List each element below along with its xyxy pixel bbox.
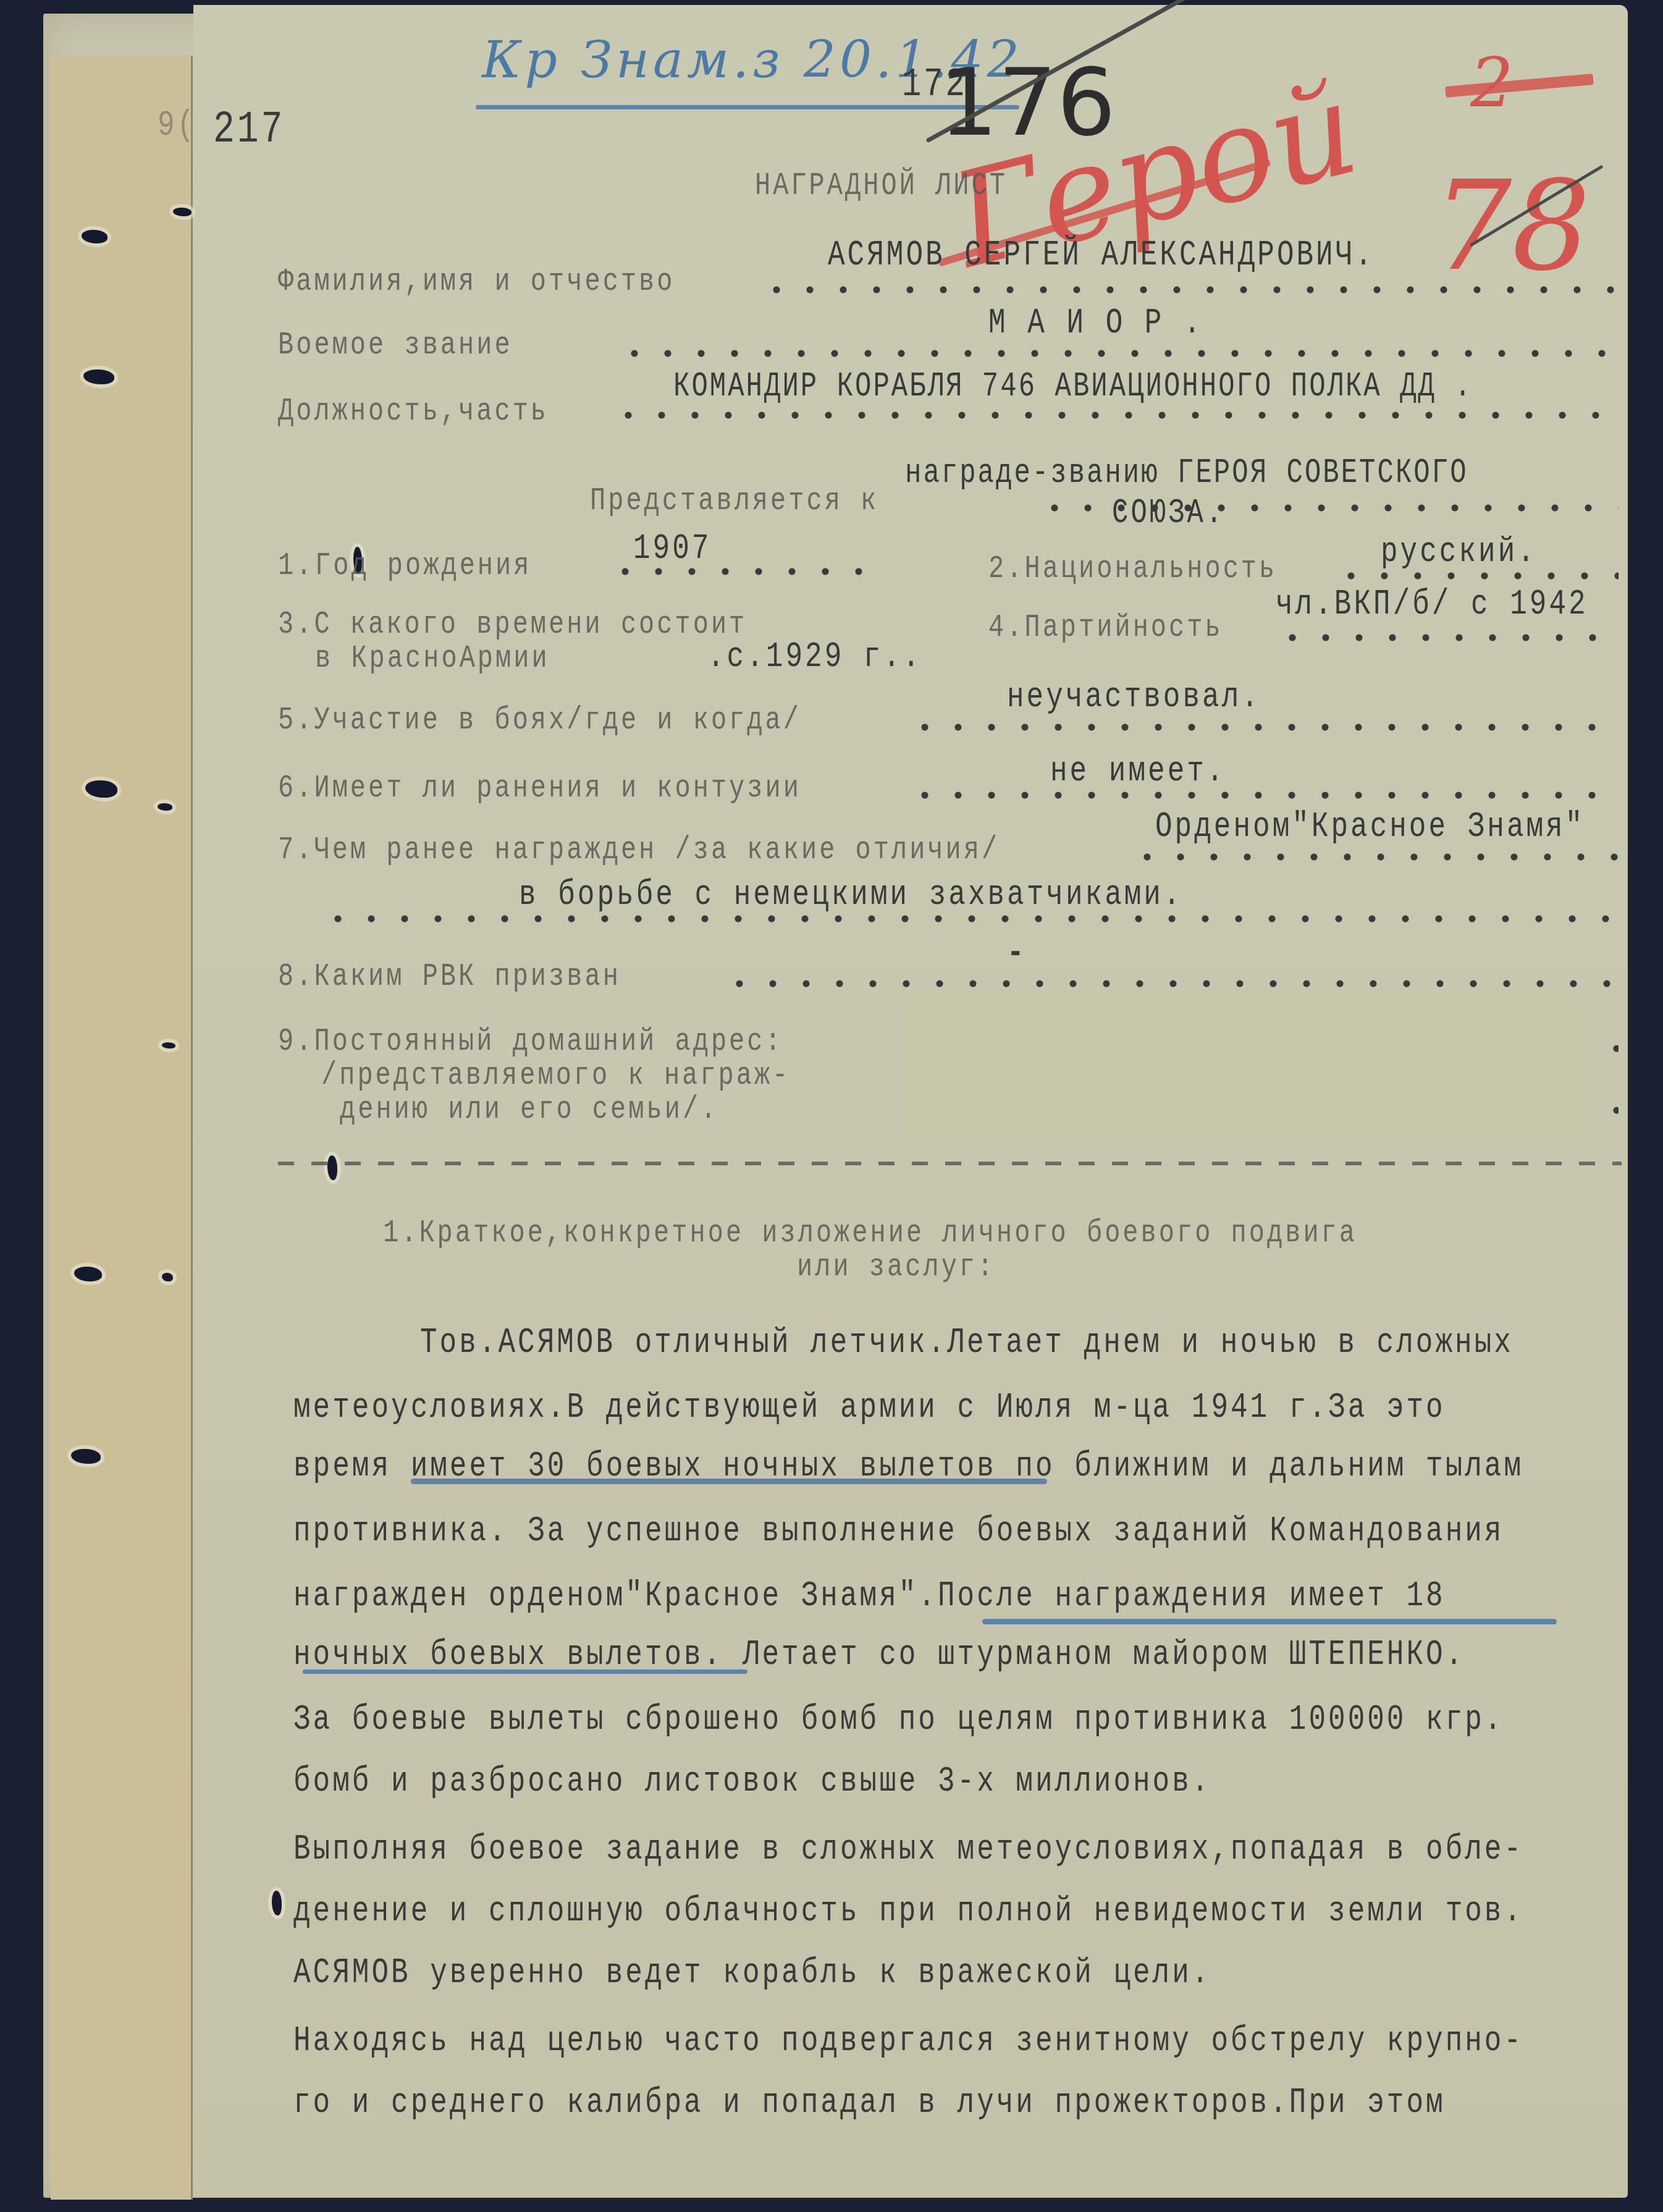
combat-participation-label: Участие в боях/где и когда/ [314, 701, 801, 738]
full-name-value: АСЯМОВ СЕРГЕЙ АЛЕКСАНДРОВИЧ. [828, 235, 1375, 275]
narrative-line: Тов.АСЯМОВ отличный летчик.Летает днем и… [420, 1322, 1514, 1362]
item-1-number: 1. [278, 547, 314, 584]
punch-hole [162, 1273, 173, 1281]
item-6-label: 6.Имеет ли ранения и контузии [278, 769, 801, 806]
previous-award-value: Орденом"Красное Знамя" [1155, 806, 1585, 846]
binding-margin [51, 56, 193, 2200]
blue-underline [411, 1479, 1047, 1484]
narrative-line: го и среднего калибра и попадал в лучи п… [293, 2082, 1446, 2122]
party-value: чл.ВКП/б/ с 1942 [1276, 584, 1588, 624]
item-8-label: 8.Каким РВК призван [278, 958, 621, 995]
punch-hole [162, 1042, 175, 1049]
conscription-office-value: - [1007, 933, 1027, 973]
wounds-value: не имеет. [1050, 751, 1226, 791]
section-heading: 1.Краткое,конкретное изложение личного б… [383, 1214, 1357, 1251]
archive-prefix: 9( [158, 105, 196, 145]
dotted-leader [1600, 1044, 1619, 1053]
narrative-line: АСЯМОВ уверенно ведет корабль к вражеско… [293, 1952, 1211, 1993]
previous-award-label: Чем ранее награжден /за какие отличия/ [314, 831, 1000, 868]
nationality-label: Национальность [1024, 550, 1277, 587]
home-address-label-2: /представляемого к награж- [321, 1057, 790, 1094]
rank-label: Воемое звание [278, 326, 513, 363]
home-address-label-3: дению или его семьи/. [340, 1091, 718, 1128]
home-address-label: Постоянный домашний адрес: [314, 1023, 783, 1060]
item-2-number: 2. [988, 550, 1024, 587]
item-6-number: 6. [278, 769, 314, 806]
punch-hole [272, 1891, 282, 1915]
service-since-value: .с.1929 г.. [707, 636, 922, 677]
item-2-label: 2.Национальность [988, 550, 1277, 587]
blue-underline [982, 1619, 1557, 1624]
item-7-label: 7.Чем ранее награжден /за какие отличия/ [278, 831, 1000, 868]
dotted-leader [608, 567, 874, 576]
birth-year-value: 1907 [633, 528, 711, 568]
birth-year-label: Год рождения [315, 547, 531, 584]
dotted-leader [321, 914, 1619, 923]
dotted-leader [1276, 633, 1619, 642]
nationality-value: русский. [1381, 531, 1537, 572]
punch-hole [158, 803, 172, 811]
narrative-line: За боевые вылеты сброшено бомб по целям … [293, 1699, 1504, 1739]
service-since-label-2: в КрасноАрмии [315, 640, 550, 677]
narrative-line: награжден орденом"Красное Знамя".После н… [293, 1576, 1446, 1616]
service-since-label: С какого времени состоит [314, 606, 747, 643]
nominated-value-line2: СОЮЗА. [1112, 494, 1224, 533]
conscription-office-label: Каким РВК призван [314, 958, 620, 995]
narrative-line: Выполняя боевое задание в сложных метеоу… [293, 1829, 1523, 1869]
previous-award-reason: в борьбе с немецкими захватчиками. [519, 874, 1183, 914]
dotted-leader [908, 791, 1619, 800]
item-4-number: 4. [988, 609, 1024, 646]
item-4-label: 4.Партийность [988, 609, 1223, 646]
dotted-leader [1130, 853, 1619, 861]
position-label: Должность,часть [278, 392, 549, 429]
dotted-leader [760, 285, 1619, 294]
red-number: 78 [1433, 154, 1591, 298]
party-label: Партийность [1024, 609, 1223, 646]
item-5-number: 5. [278, 701, 314, 738]
redacted-address [902, 998, 1581, 1143]
narrative-line: бомб и разбросано листовок свыше 3-х мил… [293, 1761, 1211, 1801]
item-9-label: 9.Постоянный домашний адрес: [278, 1023, 783, 1060]
item-8-number: 8. [278, 958, 314, 995]
dotted-leader [908, 723, 1619, 732]
item-3-number: 3. [278, 606, 314, 643]
blue-underline [303, 1670, 747, 1674]
archive-number: 217 [213, 105, 285, 155]
nominated-label: Представляется к [590, 482, 878, 519]
nominated-value-line1: награде-званию ГЕРОЯ СОВЕТСКОГО [905, 454, 1468, 493]
item-9-number: 9. [278, 1023, 314, 1060]
position-value: КОМАНДИР КОРАБЛЯ 746 АВИАЦИОННОГО ПОЛКА … [673, 368, 1473, 407]
dotted-leader [612, 411, 1619, 420]
dotted-leader [1334, 572, 1619, 580]
section-heading-2: или заслуг: [797, 1248, 995, 1285]
narrative-line: денение и сплошную облачность при полной… [293, 1891, 1523, 1931]
narrative-line: ночных боевых вылетов. Летает со штурман… [293, 1634, 1465, 1674]
wounds-label: Имеет ли ранения и контузии [314, 769, 801, 806]
narrative-line: Находясь над целью часто подвергался зен… [293, 2020, 1523, 2061]
rank-value: М А И О Р . [988, 303, 1203, 343]
item-5-label: 5.Участие в боях/где и когда/ [278, 701, 801, 738]
document-title: НАГРАДНОЙ ЛИСТ [755, 167, 1008, 204]
narrative-line: противника. За успешное выполнение боевы… [293, 1511, 1504, 1551]
item-3-label: 3.С какого времени состоит [278, 606, 747, 643]
dotted-leader [1600, 1106, 1619, 1115]
combat-participation-value: неучаствовал. [1007, 677, 1261, 717]
dotted-leader [723, 979, 1619, 988]
section-divider [278, 1162, 1622, 1169]
full-name-label: Фамилия,имя и отчество [278, 263, 675, 300]
dotted-leader [618, 349, 1619, 358]
item-7-number: 7. [278, 831, 314, 868]
narrative-line: метеоусловиях.В действующей армии с Июля… [293, 1387, 1446, 1427]
